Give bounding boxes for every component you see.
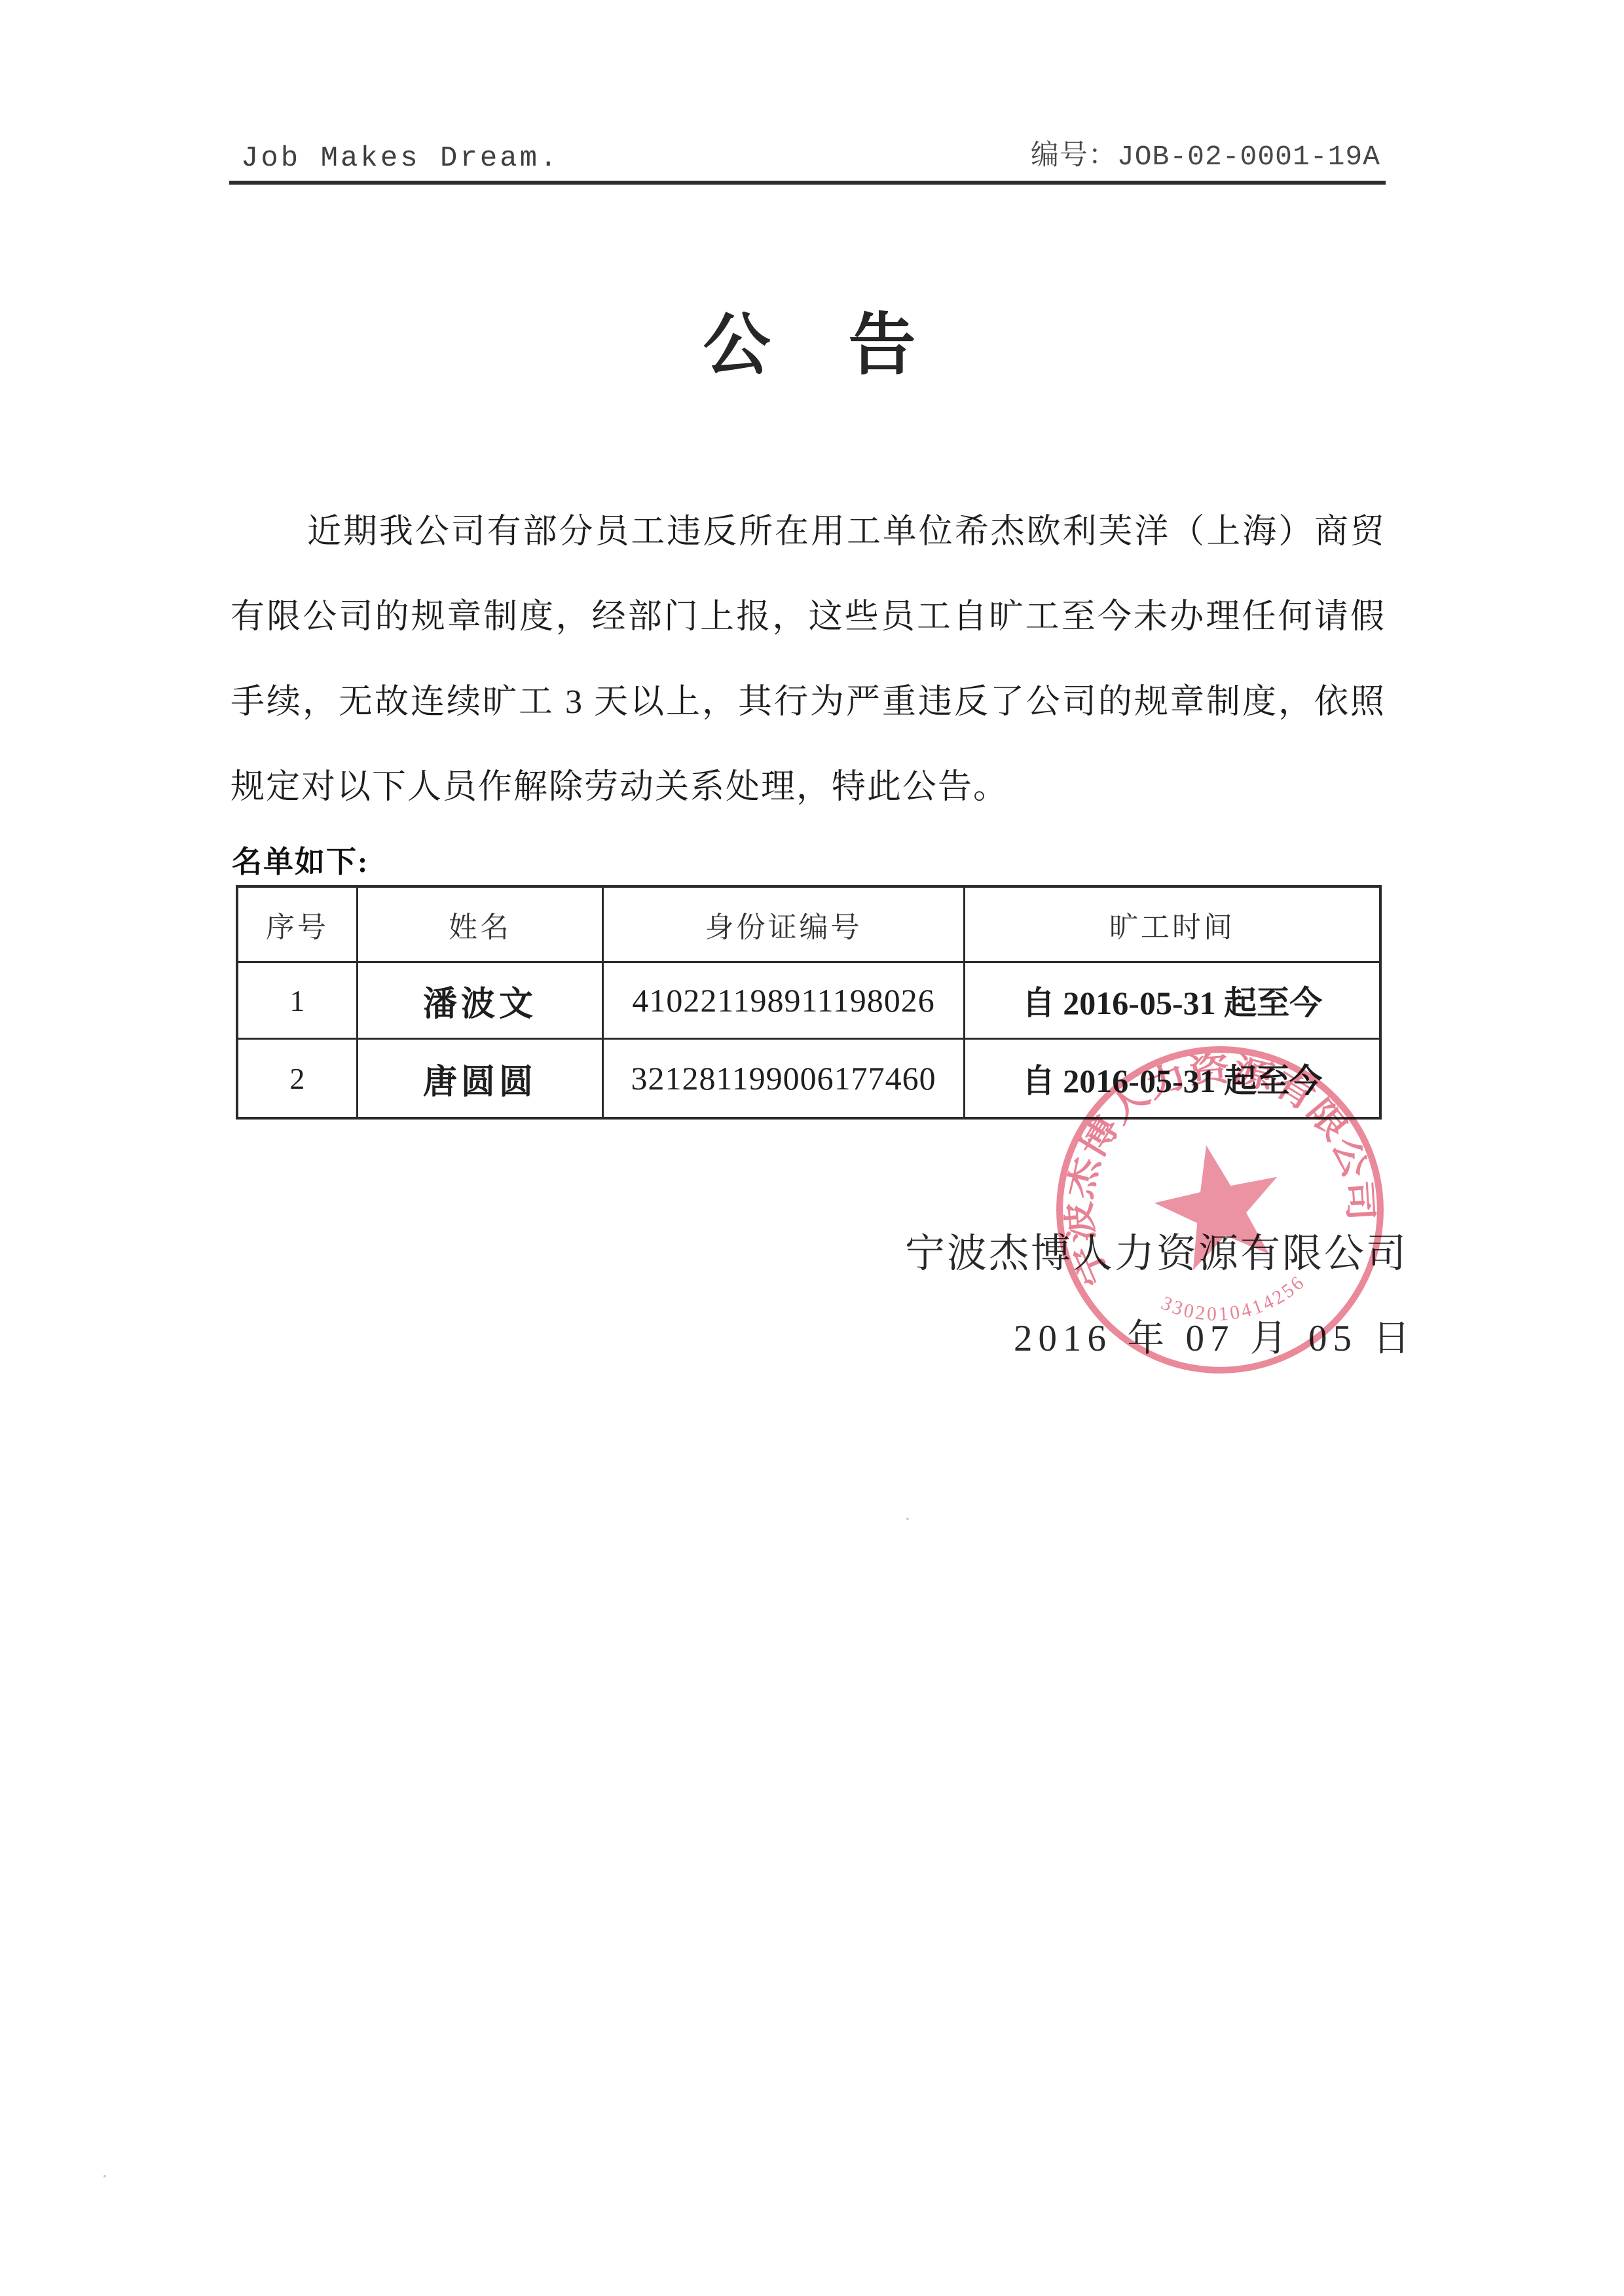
cell-id: 321281199006177460 xyxy=(603,1039,965,1119)
col-header-time: 旷工时间 xyxy=(964,886,1380,962)
seal-star-icon xyxy=(1145,1133,1292,1275)
cell-seq: 2 xyxy=(237,1039,357,1119)
col-header-seq: 序号 xyxy=(237,886,357,962)
seal-serial-number: 3302010414256 xyxy=(1154,1262,1314,1339)
cell-name: 唐圆圆 xyxy=(357,1039,602,1119)
svg-text:3302010414256: 3302010414256 xyxy=(1154,1262,1314,1339)
col-header-name: 姓名 xyxy=(357,886,602,962)
scanned-notice-page: Job Makes Dream. 编号：JOB-02-0001-19A 公 告 … xyxy=(0,0,1624,2296)
seal-graphic: 宁波杰博人力资源有限公司 3302010414256 xyxy=(1016,1006,1423,1413)
header-rule xyxy=(229,181,1386,185)
cell-id: 410221198911198026 xyxy=(603,962,965,1039)
scan-speck xyxy=(103,2175,106,2178)
col-header-id: 身份证编号 xyxy=(603,886,965,962)
header-slogan: Job Makes Dream. xyxy=(241,141,559,175)
scan-speck xyxy=(906,1518,909,1520)
table-header-row: 序号 姓名 身份证编号 旷工时间 xyxy=(237,886,1380,962)
header-doc-number: 编号：JOB-02-0001-19A xyxy=(1031,140,1380,174)
cell-seq: 1 xyxy=(237,962,357,1039)
page-title: 公 告 xyxy=(0,309,1624,382)
table-row: 1 潘波文 410221198911198026 自 2016-05-31 起至… xyxy=(237,962,1380,1039)
notice-paragraph: 近期我公司有部分员工违反所在用工单位希杰欧利芙洋（上海）商贸有限公司的规章制度，… xyxy=(231,490,1386,830)
roster-label: 名单如下: xyxy=(232,838,369,881)
cell-name: 潘波文 xyxy=(357,962,602,1039)
company-seal-stamp: 宁波杰博人力资源有限公司 3302010414256 xyxy=(1016,1006,1423,1413)
